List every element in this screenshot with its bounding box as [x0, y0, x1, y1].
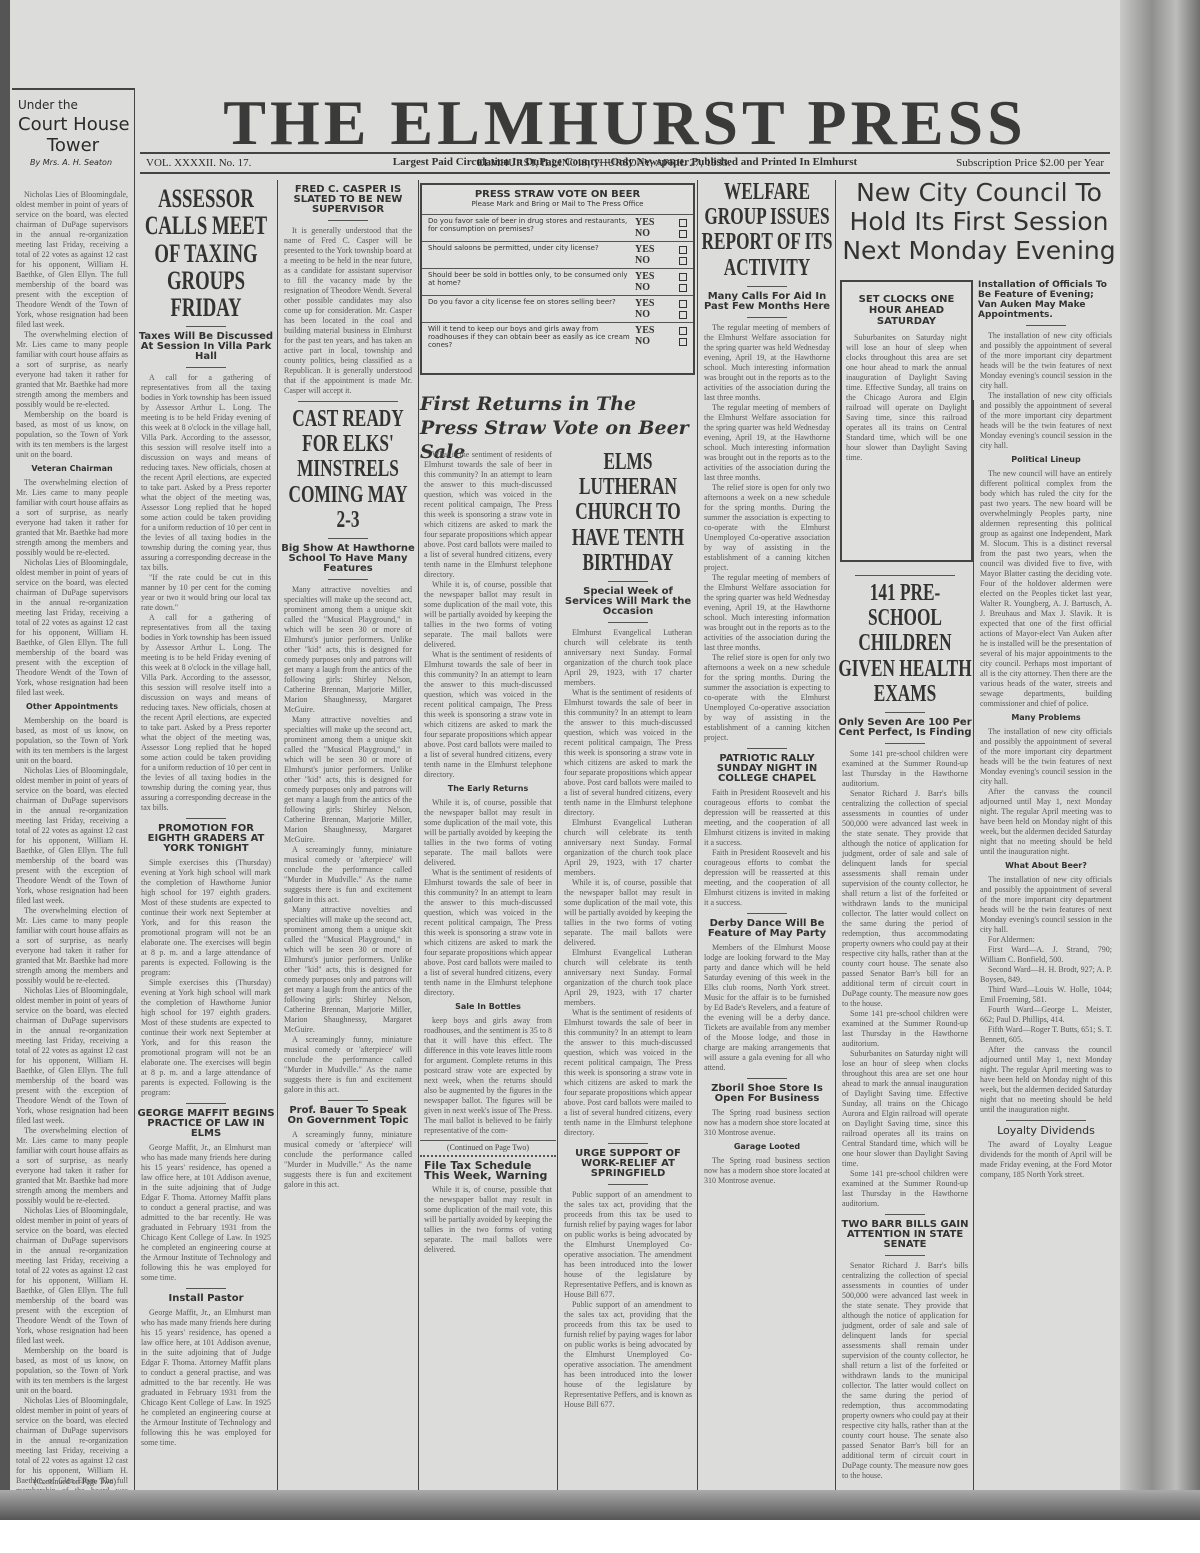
scan-edge-bottom [0, 1490, 1200, 1520]
article-body: George Maffit, Jr., an Elmhurst man who … [141, 1143, 271, 1283]
ballot-question: Will it tend to keep our boys and girls … [422, 322, 693, 351]
ear-line-3: Tower [12, 135, 134, 156]
article-body: What is the sentiment of residents of El… [424, 650, 552, 780]
article-body: The regular meeting of members of the El… [704, 403, 830, 483]
article-body: The installation of new city officials a… [980, 875, 1112, 935]
article-body: The installation of new city officials a… [980, 391, 1112, 451]
subhead: Sale In Bottles [420, 1002, 556, 1012]
ward-results: First Ward—A. J. Strand, 790; William C.… [980, 945, 1112, 965]
article-body: A screamingly funny, miniature musical c… [284, 1035, 412, 1095]
article-body: A call for a gathering of representative… [141, 613, 271, 813]
no-label: NO [635, 282, 650, 293]
issue-date: ELMHURST, ILLINOIS, THURSDAY, APRIL 27, … [477, 157, 730, 169]
yes-checkbox[interactable] [679, 327, 687, 335]
yes-checkbox[interactable] [679, 246, 687, 254]
no-label: NO [635, 336, 650, 347]
article-body: The overwhelming election of Mr. Lies ca… [16, 330, 128, 410]
headline-promotion: PROMOTION FOR EIGHTH GRADERS AT YORK TON… [137, 824, 275, 854]
column-rule [418, 180, 419, 1490]
article-body: "If the rate could be cut in this manner… [141, 573, 271, 613]
ward-results: Fifth Ward—Roger T. Butts, 651; S. T. Be… [980, 1025, 1112, 1045]
question-text: Do you favor sale of beer in drug stores… [428, 217, 633, 239]
yes-label: YES [635, 217, 654, 228]
subhead: What About Beer? [976, 861, 1116, 871]
article-body: Some 141 pre-school children were examin… [842, 749, 968, 789]
column-rule [277, 180, 278, 1490]
deck: Many Calls For Aid In Past Few Months He… [700, 292, 834, 312]
yes-checkbox[interactable] [679, 300, 687, 308]
article-body: A screamingly funny, miniature musical c… [284, 845, 412, 905]
no-checkbox[interactable] [679, 311, 687, 319]
headline-elks: CAST READY FOR ELKS' MINSTRELS COMING MA… [280, 407, 415, 533]
article-body: After the canvass the council adjourned … [980, 787, 1112, 857]
clocks-notice-box: SET CLOCKS ONE HOUR AHEAD SATURDAY Subur… [840, 280, 973, 562]
no-checkbox[interactable] [679, 338, 687, 346]
article-body: Faith in President Roosevelt and his cou… [704, 848, 830, 908]
article-body: Suburbanites on Saturday night will lose… [846, 333, 967, 463]
question-text: Should beer be sold in bottles only, to … [428, 271, 633, 293]
ballot-subtitle: Please Mark and Bring or Mail to The Pre… [422, 200, 693, 208]
no-label: NO [635, 255, 650, 266]
article-body: Public support of an amendment to the sa… [564, 1190, 692, 1300]
deck: Taxes Will Be Discussed At Session In Vi… [137, 332, 275, 362]
column-7: 141 PRE-SCHOOL CHILDREN GIVEN HEALTH EXA… [838, 570, 972, 1490]
article-body: Many attractive novelties and specialtie… [284, 715, 412, 845]
headline-pastor: Install Pastor [137, 1294, 275, 1304]
article-body: The Spring road business section now has… [704, 1156, 830, 1186]
yes-label: YES [635, 271, 654, 282]
article-body: Simple exercises this (Thursday) evening… [141, 858, 271, 978]
ballot-title: PRESS STRAW VOTE ON BEER [422, 189, 693, 200]
no-label: NO [635, 309, 650, 320]
scan-edge-right [1120, 0, 1200, 1520]
article-body: Members of the Elmhurst Moose lodge are … [704, 943, 830, 1073]
article-body: While it is, of course, possible that th… [424, 798, 552, 868]
article-body: Senator Richard J. Barr's bills centrali… [842, 1261, 968, 1481]
article-body: Elmhurst Evangelical Lutheran church wil… [564, 628, 692, 688]
straw-vote-ballot: PRESS STRAW VOTE ON BEER Please Mark and… [420, 183, 695, 375]
ballot-question: Should beer be sold in bottles only, to … [422, 268, 693, 295]
article-body: Nicholas Lies of Bloomingdale, oldest me… [16, 1206, 128, 1346]
continued-note: (Continued on Page Two) [20, 1477, 130, 1489]
ear-line-1: Under the [18, 98, 134, 112]
headline-derby-dance: Derby Dance Will Be Feature of May Party [700, 919, 834, 939]
article-body: The relief store is open for only two af… [704, 483, 830, 573]
ballot-question: Do you favor a city license fee on store… [422, 295, 693, 322]
article-body: Some 141 pre-school children were examin… [842, 1169, 968, 1209]
column-4: What is the sentiment of residents of El… [420, 450, 556, 1490]
article-body: What is the sentiment of residents of El… [424, 450, 552, 580]
deck: Big Show At Hawthorne School To Have Man… [280, 544, 416, 574]
yes-label: YES [635, 298, 654, 309]
article-body: The relief store is open for only two af… [704, 653, 830, 743]
article-body: Suburbanites on Saturday night will lose… [842, 1049, 968, 1169]
ballot-question: Should saloons be permitted, under city … [422, 241, 693, 268]
deck: Installation of Officials To Be Feature … [978, 280, 1114, 320]
article-body: The installation of new city officials a… [980, 331, 1112, 391]
subscription-price: Subscription Price $2.00 per Year [956, 157, 1104, 169]
column-1: Nicholas Lies of Bloomingdale, oldest me… [12, 190, 132, 1490]
article-body: After the canvass the council adjourned … [980, 1045, 1112, 1115]
column-8: Installation of Officials To Be Feature … [976, 280, 1116, 1490]
continued-note: (Continued on Page Two) [420, 1140, 556, 1157]
headline-welfare: WELFARE GROUP ISSUES REPORT OF ITS ACTIV… [700, 180, 834, 281]
article-body: What is the sentiment of residents of El… [564, 1008, 692, 1138]
article-body: The award of Loyalty League dividends fo… [980, 1140, 1112, 1180]
article-body: Many attractive novelties and specialtie… [284, 905, 412, 1035]
article-body: The new council will have an entirely di… [980, 469, 1112, 709]
article-body: Membership on the board is based, as mos… [16, 1346, 128, 1396]
ear-line-2: Court House [18, 114, 134, 135]
article-body: The overwhelming election of Mr. Lies ca… [16, 1126, 128, 1206]
question-text: Will it tend to keep our boys and girls … [428, 325, 633, 349]
article-body: While it is, of course, possible that th… [424, 580, 552, 650]
article-body: Nicholas Lies of Bloomingdale, oldest me… [16, 986, 128, 1126]
ward-results: For Aldermen: [980, 935, 1112, 945]
headline-loyalty: Loyalty Dividends [976, 1126, 1116, 1136]
article-body: Elmhurst Evangelical Lutheran church wil… [564, 948, 692, 1008]
article-body: While it is, of course, possible that th… [564, 878, 692, 948]
newspaper-title: THE ELMHURST PRESS [140, 88, 1110, 158]
yes-checkbox[interactable] [679, 219, 687, 227]
article-body: Many attractive novelties and specialtie… [284, 585, 412, 715]
headline-patriotic-rally: PATRIOTIC RALLY SUNDAY NIGHT IN COLLEGE … [700, 754, 834, 784]
yes-label: YES [635, 325, 654, 336]
headline-city-council: New City Council To Hold Its First Sessi… [838, 178, 1120, 265]
article-body: Public support of an amendment to the sa… [564, 1300, 692, 1410]
no-checkbox[interactable] [679, 284, 687, 292]
article-body: Senator Richard J. Barr's bills centrali… [842, 789, 968, 1009]
column-rule [973, 400, 974, 1490]
newspaper-page: Under the Court House Tower By Mrs. A. H… [0, 0, 1200, 1520]
no-checkbox[interactable] [679, 230, 687, 238]
article-body: The overwhelming election of Mr. Lies ca… [16, 478, 128, 558]
column-rule [134, 180, 135, 1490]
subhead: Other Appointments [12, 702, 132, 712]
dateline-bar: VOL. XXXXII. No. 17. ELMHURST, ILLINOIS,… [140, 152, 1110, 174]
article-body: Nicholas Lies of Bloomingdale, oldest me… [16, 1396, 128, 1490]
column-2: ASSESSOR CALLS MEET OF TAXING GROUPS FRI… [137, 185, 275, 1490]
headline-assessor: ASSESSOR CALLS MEET OF TAXING GROUPS FRI… [138, 185, 275, 321]
article-body: Nicholas Lies of Bloomingdale, oldest me… [16, 190, 128, 330]
no-checkbox[interactable] [679, 257, 687, 265]
headline-lutheran: ELMS LUTHERAN CHURCH TO HAVE TENTH BIRTH… [560, 450, 695, 576]
article-body: George Maffit, Jr., an Elmhurst man who … [141, 1308, 271, 1448]
headline-set-clocks: SET CLOCKS ONE HOUR AHEAD SATURDAY [846, 294, 967, 327]
column-3: FRED C. CASPER IS SLATED TO BE NEW SUPER… [280, 185, 416, 1490]
ward-results: Third Ward—Louis W. Holle, 1044; Emil Fr… [980, 985, 1112, 1005]
article-body: The Spring road business section now has… [704, 1108, 830, 1138]
article-body: A screamingly funny, miniature musical c… [284, 1130, 412, 1190]
article-body: The overwhelming election of Mr. Lies ca… [16, 906, 128, 986]
headline-health-exams: 141 PRE-SCHOOL CHILDREN GIVEN HEALTH EXA… [838, 581, 972, 707]
question-text: Do you favor a city license fee on store… [428, 298, 633, 320]
article-body: It is generally understood that the name… [284, 226, 412, 396]
article-body: Some 141 pre-school children were examin… [842, 1009, 968, 1049]
article-body: The regular meeting of members of the El… [704, 323, 830, 403]
headline-bauer: Prof. Bauer To Speak On Government Topic [280, 1106, 416, 1126]
article-body: Simple exercises this (Thursday) evening… [141, 978, 271, 1098]
article-body: Nicholas Lies of Bloomingdale, oldest me… [16, 558, 128, 698]
article-body: What is the sentiment of residents of El… [424, 868, 552, 998]
deck: Special Week of Services Will Mark the O… [560, 587, 696, 617]
article-body: The installation of new city officials a… [980, 727, 1112, 787]
column-rule [697, 180, 698, 1490]
article-body: Faith in President Roosevelt and his cou… [704, 788, 830, 848]
article-body: Membership on the board is based, as mos… [16, 716, 128, 766]
ear-column-header: Under the Court House Tower By Mrs. A. H… [12, 88, 135, 184]
subhead: Many Problems [976, 713, 1116, 723]
question-text: Should saloons be permitted, under city … [428, 244, 633, 266]
headline-tax-schedule: File Tax Schedule This Week, Warning [424, 1161, 552, 1181]
article-body: What is the sentiment of residents of El… [564, 688, 692, 818]
ear-byline: By Mrs. A. H. Seaton [30, 158, 134, 167]
ballot-question: Do you favor sale of beer in drug stores… [422, 214, 693, 241]
article-body: keep boys and girls away from roadhouses… [424, 1016, 552, 1136]
article-body: Nicholas Lies of Bloomingdale, oldest me… [16, 766, 128, 906]
scan-edge-left [0, 0, 10, 1520]
deck: Only Seven Are 100 Per Cent Perfect, Is … [838, 718, 972, 738]
subhead: Veteran Chairman [12, 464, 132, 474]
article-body: Membership on the board is based, as mos… [16, 410, 128, 460]
article-body: The regular meeting of members of the El… [704, 573, 830, 653]
no-label: NO [635, 228, 650, 239]
subhead: The Early Returns [420, 784, 556, 794]
headline-maffit: GEORGE MAFFIT BEGINS PRACTICE OF LAW IN … [137, 1109, 275, 1139]
volume-number: VOL. XXXXII. No. 17. [146, 157, 251, 169]
headline-barr-bills: TWO BARR BILLS GAIN ATTENTION IN STATE S… [838, 1220, 972, 1250]
subhead: Garage Looted [700, 1142, 834, 1152]
article-body: While it is, of course, possible that th… [424, 1185, 552, 1255]
headline-zboril: Zboril Shoe Store Is Open For Business [700, 1084, 834, 1104]
column-rule [835, 180, 836, 1490]
article-body: Elmhurst Evangelical Lutheran church wil… [564, 818, 692, 878]
yes-checkbox[interactable] [679, 273, 687, 281]
headline-work-relief: URGE SUPPORT OF WORK-RELIEF AT SPRINGFIE… [560, 1149, 696, 1179]
ward-results: Fourth Ward—George L. Meister, 662; Paul… [980, 1005, 1112, 1025]
column-6: WELFARE GROUP ISSUES REPORT OF ITS ACTIV… [700, 180, 834, 1490]
article-body: A call for a gathering of representative… [141, 373, 271, 573]
ward-results: Second Ward—H. H. Brodt, 927; A. P. Boys… [980, 965, 1112, 985]
subhead: Political Lineup [976, 455, 1116, 465]
column-rule [557, 500, 558, 1490]
headline-casper: FRED C. CASPER IS SLATED TO BE NEW SUPER… [280, 185, 416, 215]
column-5: ELMS LUTHERAN CHURCH TO HAVE TENTH BIRTH… [560, 450, 696, 1490]
yes-label: YES [635, 244, 654, 255]
